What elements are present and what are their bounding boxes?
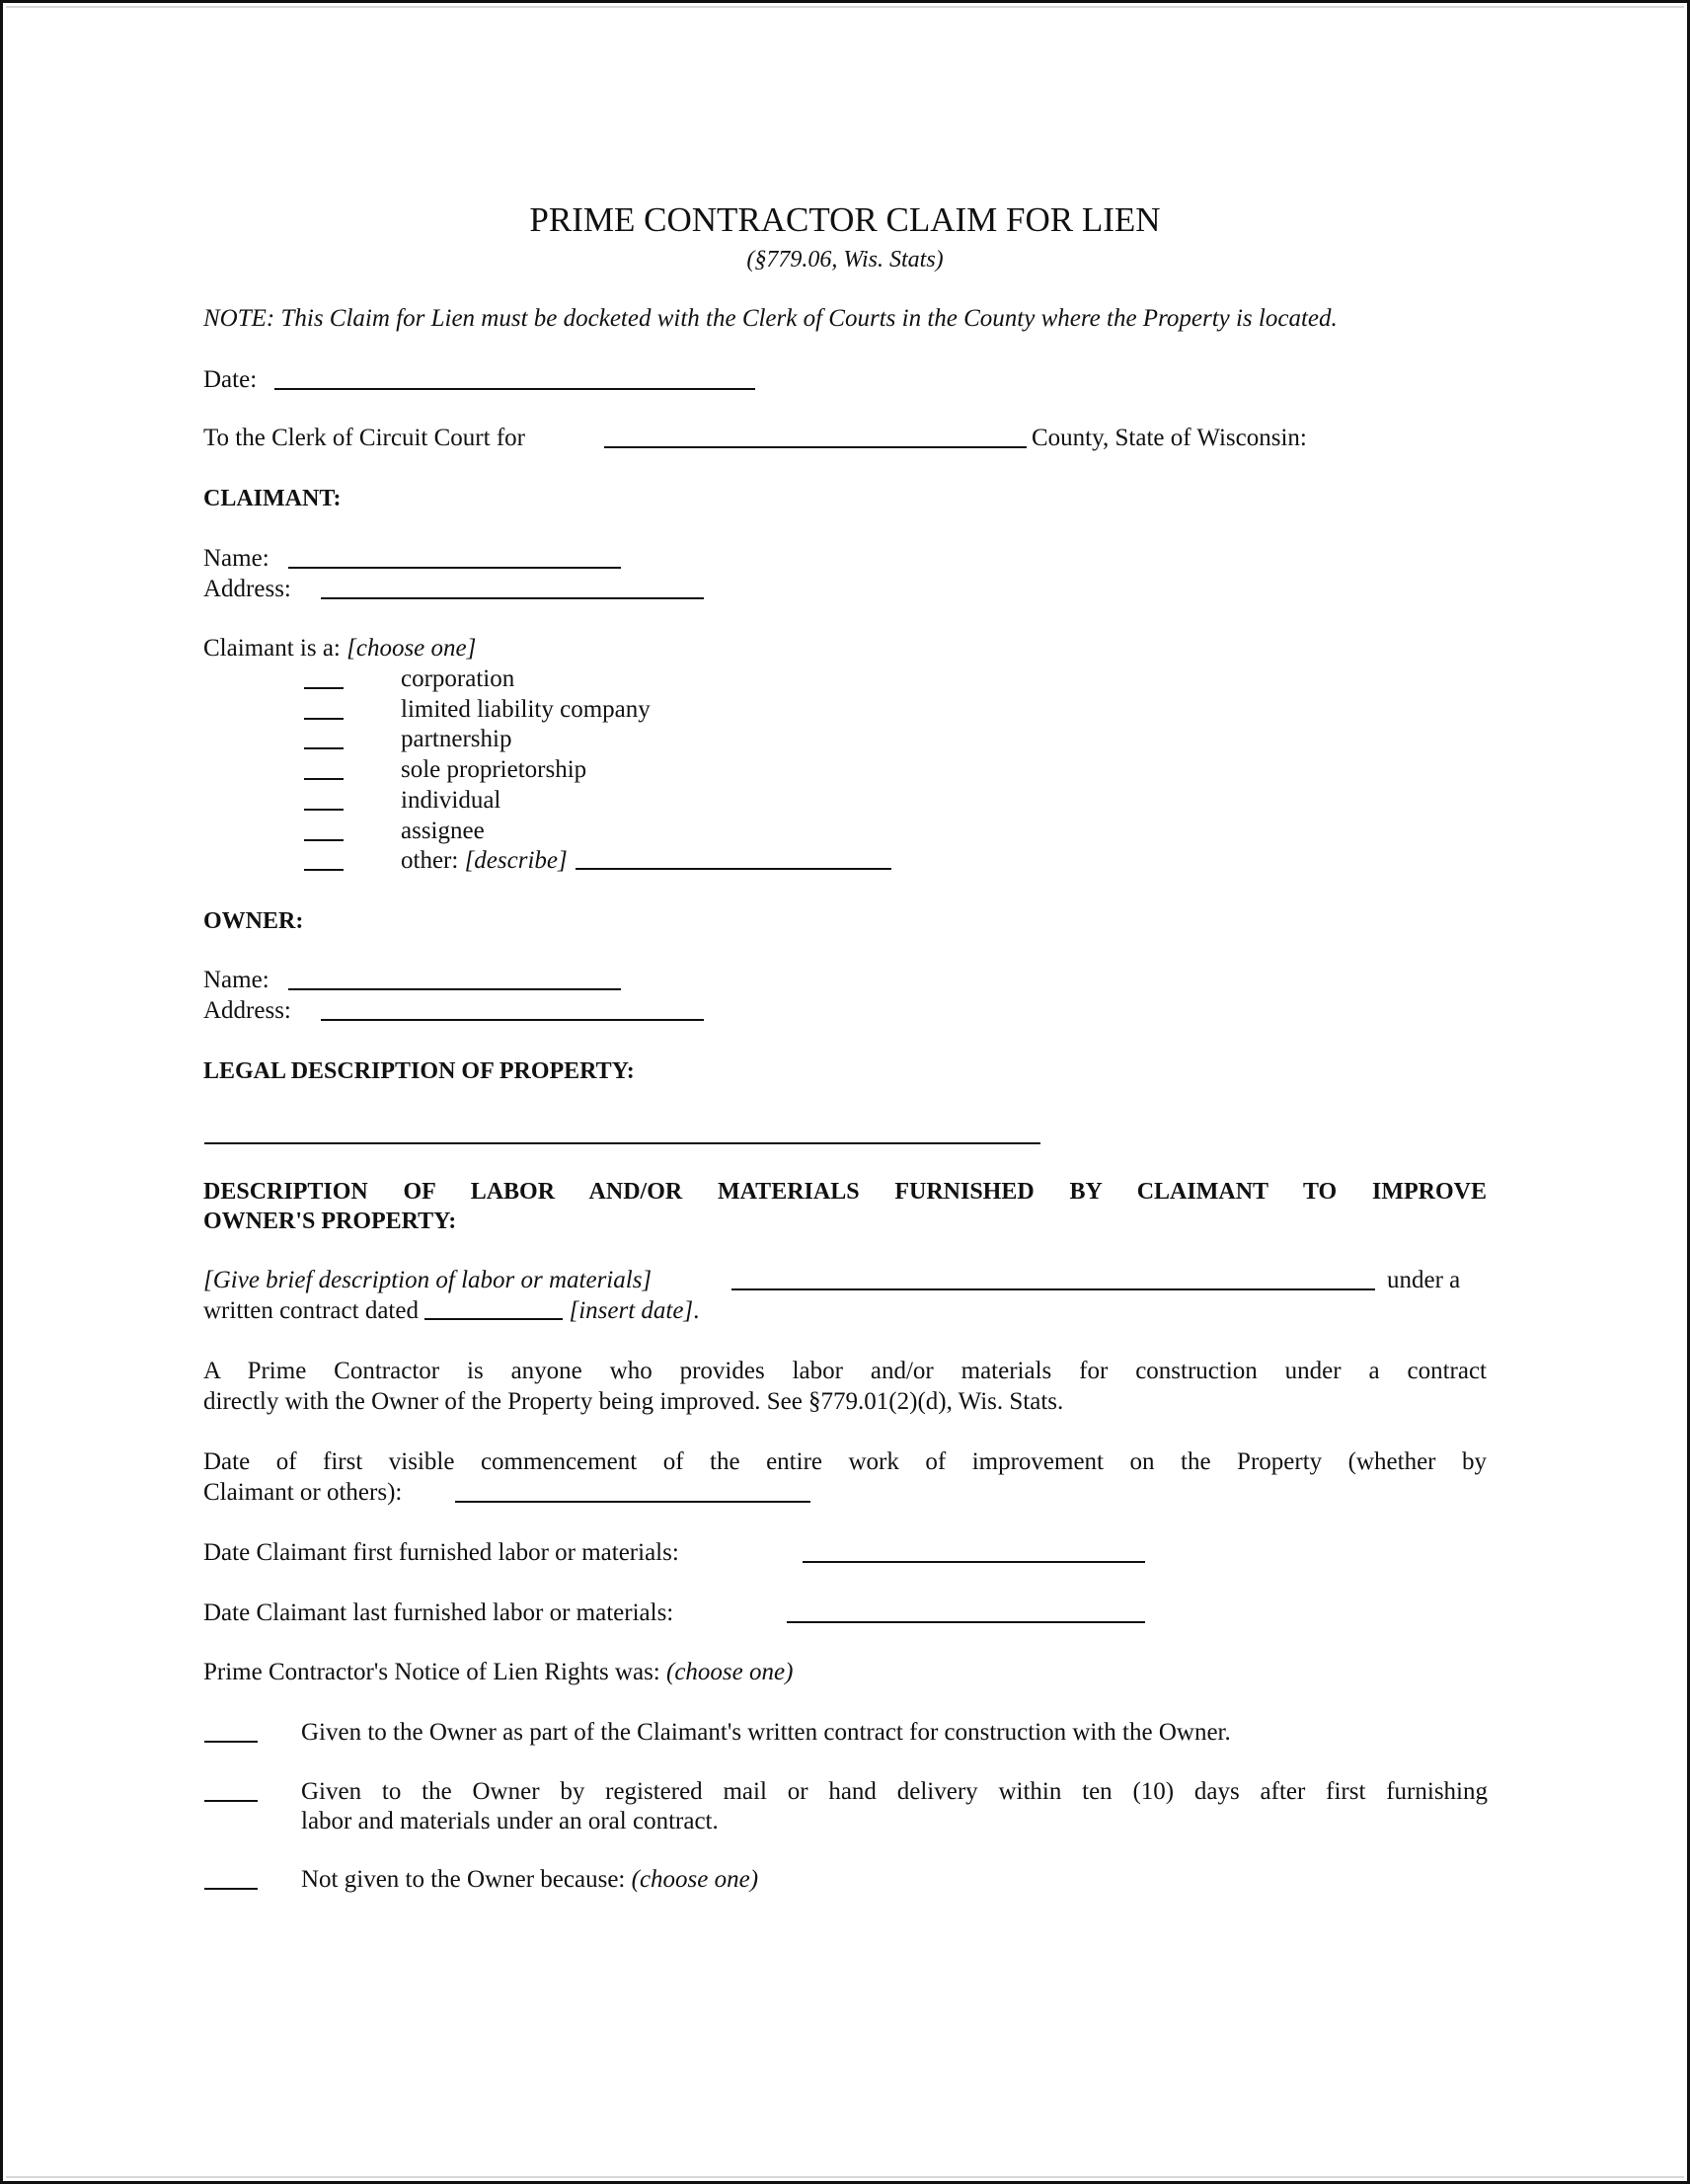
notice-option-text: Not given to the Owner because: (choose …	[301, 1865, 758, 1895]
document-subtitle: (§779.06, Wis. Stats)	[0, 245, 1690, 274]
notice-option-checkbox[interactable]	[204, 1741, 258, 1743]
clerk-suffix: County, State of Wisconsin:	[1032, 424, 1307, 453]
last-furnished-label: Date Claimant last furnished labor or ma…	[203, 1599, 673, 1628]
prime-definition-line2: directly with the Owner of the Property …	[203, 1387, 1063, 1417]
claimant-type-option: limited liability company	[401, 695, 651, 725]
date-field[interactable]	[274, 388, 755, 390]
notice-option-text-continued: labor and materials under an oral contra…	[301, 1807, 719, 1836]
first-furnished-label: Date Claimant first furnished labor or m…	[203, 1538, 679, 1568]
owner-address-label: Address:	[203, 996, 291, 1026]
claimant-type-option: other: [describe]	[401, 846, 891, 876]
claimant-type-checkbox[interactable]	[304, 839, 344, 841]
claimant-type-checkbox[interactable]	[304, 809, 344, 811]
notice-label-line: Prime Contractor's Notice of Lien Rights…	[203, 1658, 793, 1687]
claimant-type-checkbox[interactable]	[304, 747, 344, 749]
claimant-address-label: Address:	[203, 575, 291, 604]
contract-end: .	[693, 1297, 699, 1324]
owner-name-label: Name:	[203, 966, 269, 995]
contract-prefix: written contract dated	[203, 1297, 419, 1324]
labor-heading-line2: OWNER'S PROPERTY:	[203, 1207, 456, 1236]
labor-under-text: under a	[1387, 1266, 1460, 1295]
owner-name-field[interactable]	[288, 988, 621, 990]
contract-date-field[interactable]	[424, 1296, 563, 1320]
claimant-type-checkbox[interactable]	[304, 869, 344, 871]
labor-heading-line1: DESCRIPTION OF LABOR AND/OR MATERIALS FU…	[203, 1177, 1487, 1207]
claimant-type-hint: [choose one]	[346, 635, 476, 662]
labor-description-field[interactable]	[731, 1288, 1375, 1290]
prime-definition-line1: A Prime Contractor is anyone who provide…	[203, 1357, 1487, 1386]
claimant-type-option: corporation	[401, 664, 514, 694]
clerk-prefix: To the Clerk of Circuit Court for	[203, 424, 525, 453]
notice-option-checkbox[interactable]	[204, 1800, 258, 1802]
notice-option-hint: (choose one)	[625, 1866, 758, 1893]
claimant-type-option: sole proprietorship	[401, 755, 586, 785]
notice-option-text: Given to the Owner as part of the Claima…	[301, 1718, 1231, 1748]
other-describe-hint: [describe]	[458, 847, 567, 874]
notice-option-text: Given to the Owner by registered mail or…	[301, 1777, 1488, 1807]
contract-date-hint: [insert date]	[569, 1297, 693, 1324]
date-label: Date:	[203, 365, 257, 395]
claimant-heading: CLAIMANT:	[203, 484, 342, 513]
legal-description-field[interactable]	[204, 1142, 1040, 1144]
commencement-line2: Claimant or others):	[203, 1478, 402, 1508]
notice-option-checkbox[interactable]	[204, 1888, 258, 1890]
claimant-type-checkbox[interactable]	[304, 718, 344, 720]
claimant-name-label: Name:	[203, 544, 269, 574]
claimant-address-field[interactable]	[321, 597, 704, 599]
legal-description-heading: LEGAL DESCRIPTION OF PROPERTY:	[203, 1056, 635, 1086]
document-title: PRIME CONTRACTOR CLAIM FOR LIEN	[0, 200, 1690, 240]
county-field[interactable]	[604, 446, 1027, 448]
last-furnished-field[interactable]	[787, 1621, 1145, 1623]
notice-label: Prime Contractor's Notice of Lien Rights…	[203, 1659, 660, 1685]
first-furnished-field[interactable]	[803, 1561, 1145, 1563]
claimant-type-option: partnership	[401, 725, 511, 754]
contract-date-line: written contract dated [insert date].	[203, 1296, 699, 1326]
claimant-type-checkbox[interactable]	[304, 778, 344, 780]
labor-description-hint: [Give brief description of labor or mate…	[203, 1266, 652, 1295]
docketing-note: NOTE: This Claim for Lien must be docket…	[203, 304, 1338, 334]
notice-hint: (choose one)	[666, 1659, 793, 1685]
claimant-type-label: Claimant is a: [choose one]	[203, 634, 476, 663]
claimant-type-option: individual	[401, 786, 500, 816]
owner-heading: OWNER:	[203, 906, 303, 936]
commencement-date-field[interactable]	[455, 1501, 810, 1503]
claimant-type-text: Claimant is a:	[203, 635, 341, 662]
owner-address-field[interactable]	[321, 1019, 704, 1021]
other-describe-field[interactable]	[576, 846, 891, 870]
claimant-type-checkbox[interactable]	[304, 687, 344, 689]
claimant-name-field[interactable]	[288, 567, 621, 569]
claimant-type-option: assignee	[401, 817, 485, 846]
commencement-line1: Date of first visible commencement of th…	[203, 1447, 1487, 1477]
